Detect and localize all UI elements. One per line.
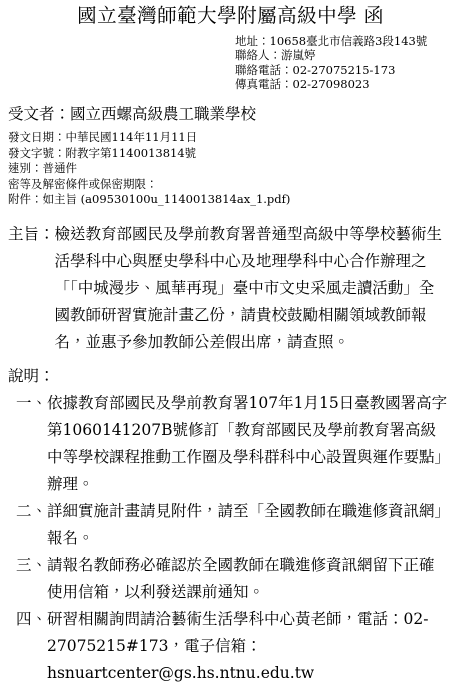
explanation-list: 一、依據教育部國民及學前教育署107年1月15日臺教國署高字第106014120… xyxy=(8,390,453,687)
document-title: 國立臺灣師範大學附屬高級中學 函 xyxy=(8,4,453,28)
meta-priority: 速別：普通件 xyxy=(8,161,453,177)
meta-reference-number: 發文字號：附教字第1140013814號 xyxy=(8,146,453,162)
sender-contact-phone: 聯絡電話：02-27075215-173 xyxy=(235,63,453,77)
explanation-item-1-marker: 一、 xyxy=(16,394,47,412)
explanation-item-4-text: 研習相關詢問請洽藝術生活學科中心黃老師，電話：02-27075215#173，電… xyxy=(47,610,428,682)
sender-contact-person: 聯絡人：游嵐婷 xyxy=(235,48,453,62)
meta-security-classification: 密等及解密條件或保密期限： xyxy=(8,177,453,193)
recipient-line: 受文者：國立西螺高級農工職業學校 xyxy=(8,105,453,123)
subject-label: 主旨： xyxy=(8,225,55,243)
explanation-item-4-marker: 四、 xyxy=(16,610,47,628)
explanation-item-4: 四、研習相關詢問請洽藝術生活學科中心黃老師，電話：02-27075215#173… xyxy=(16,606,448,687)
explanation-item-1-text: 依據教育部國民及學前教育署107年1月15日臺教國署高字第1060141207B… xyxy=(47,394,447,493)
official-letter-page: 國立臺灣師範大學附屬高級中學 函 地址：10658臺北市信義路3段143號 聯絡… xyxy=(0,0,463,699)
meta-issue-date: 發文日期：中華民國114年11月11日 xyxy=(8,130,453,146)
meta-attachment: 附件：如主旨 (a09530100u_1140013814ax_1.pdf) xyxy=(8,192,453,208)
document-meta-block: 發文日期：中華民國114年11月11日 發文字號：附教字第1140013814號… xyxy=(8,130,453,208)
sender-address: 地址：10658臺北市信義路3段143號 xyxy=(235,34,453,48)
explanation-label: 說明： xyxy=(8,363,453,390)
explanation-item-3-marker: 三、 xyxy=(16,556,47,574)
explanation-item-3-text: 請報名教師務必確認於全國教師在職進修資訊網留下正確使用信箱，以利發送課前通知。 xyxy=(47,556,435,601)
sender-info-block: 地址：10658臺北市信義路3段143號 聯絡人：游嵐婷 聯絡電話：02-270… xyxy=(235,34,453,91)
explanation-item-2: 二、詳細實施計畫請見附件，請至「全國教師在職進修資訊網」報名。 xyxy=(16,498,448,552)
explanation-item-2-marker: 二、 xyxy=(16,502,47,520)
explanation-item-2-text: 詳細實施計畫請見附件，請至「全國教師在職進修資訊網」報名。 xyxy=(47,502,442,547)
explanation-item-1: 一、依據教育部國民及學前教育署107年1月15日臺教國署高字第106014120… xyxy=(16,390,448,498)
subject-paragraph: 主旨：檢送教育部國民及學前教育署普通型高級中等學校藝術生活學科中心與歷史學科中心… xyxy=(8,221,450,356)
explanation-item-3: 三、請報名教師務必確認於全國教師在職進修資訊網留下正確使用信箱，以利發送課前通知… xyxy=(16,552,448,606)
sender-fax: 傳真電話：02-27098023 xyxy=(235,77,453,91)
subject-text: 檢送教育部國民及學前教育署普通型高級中等學校藝術生活學科中心與歷史學科中心及地理… xyxy=(55,225,443,351)
